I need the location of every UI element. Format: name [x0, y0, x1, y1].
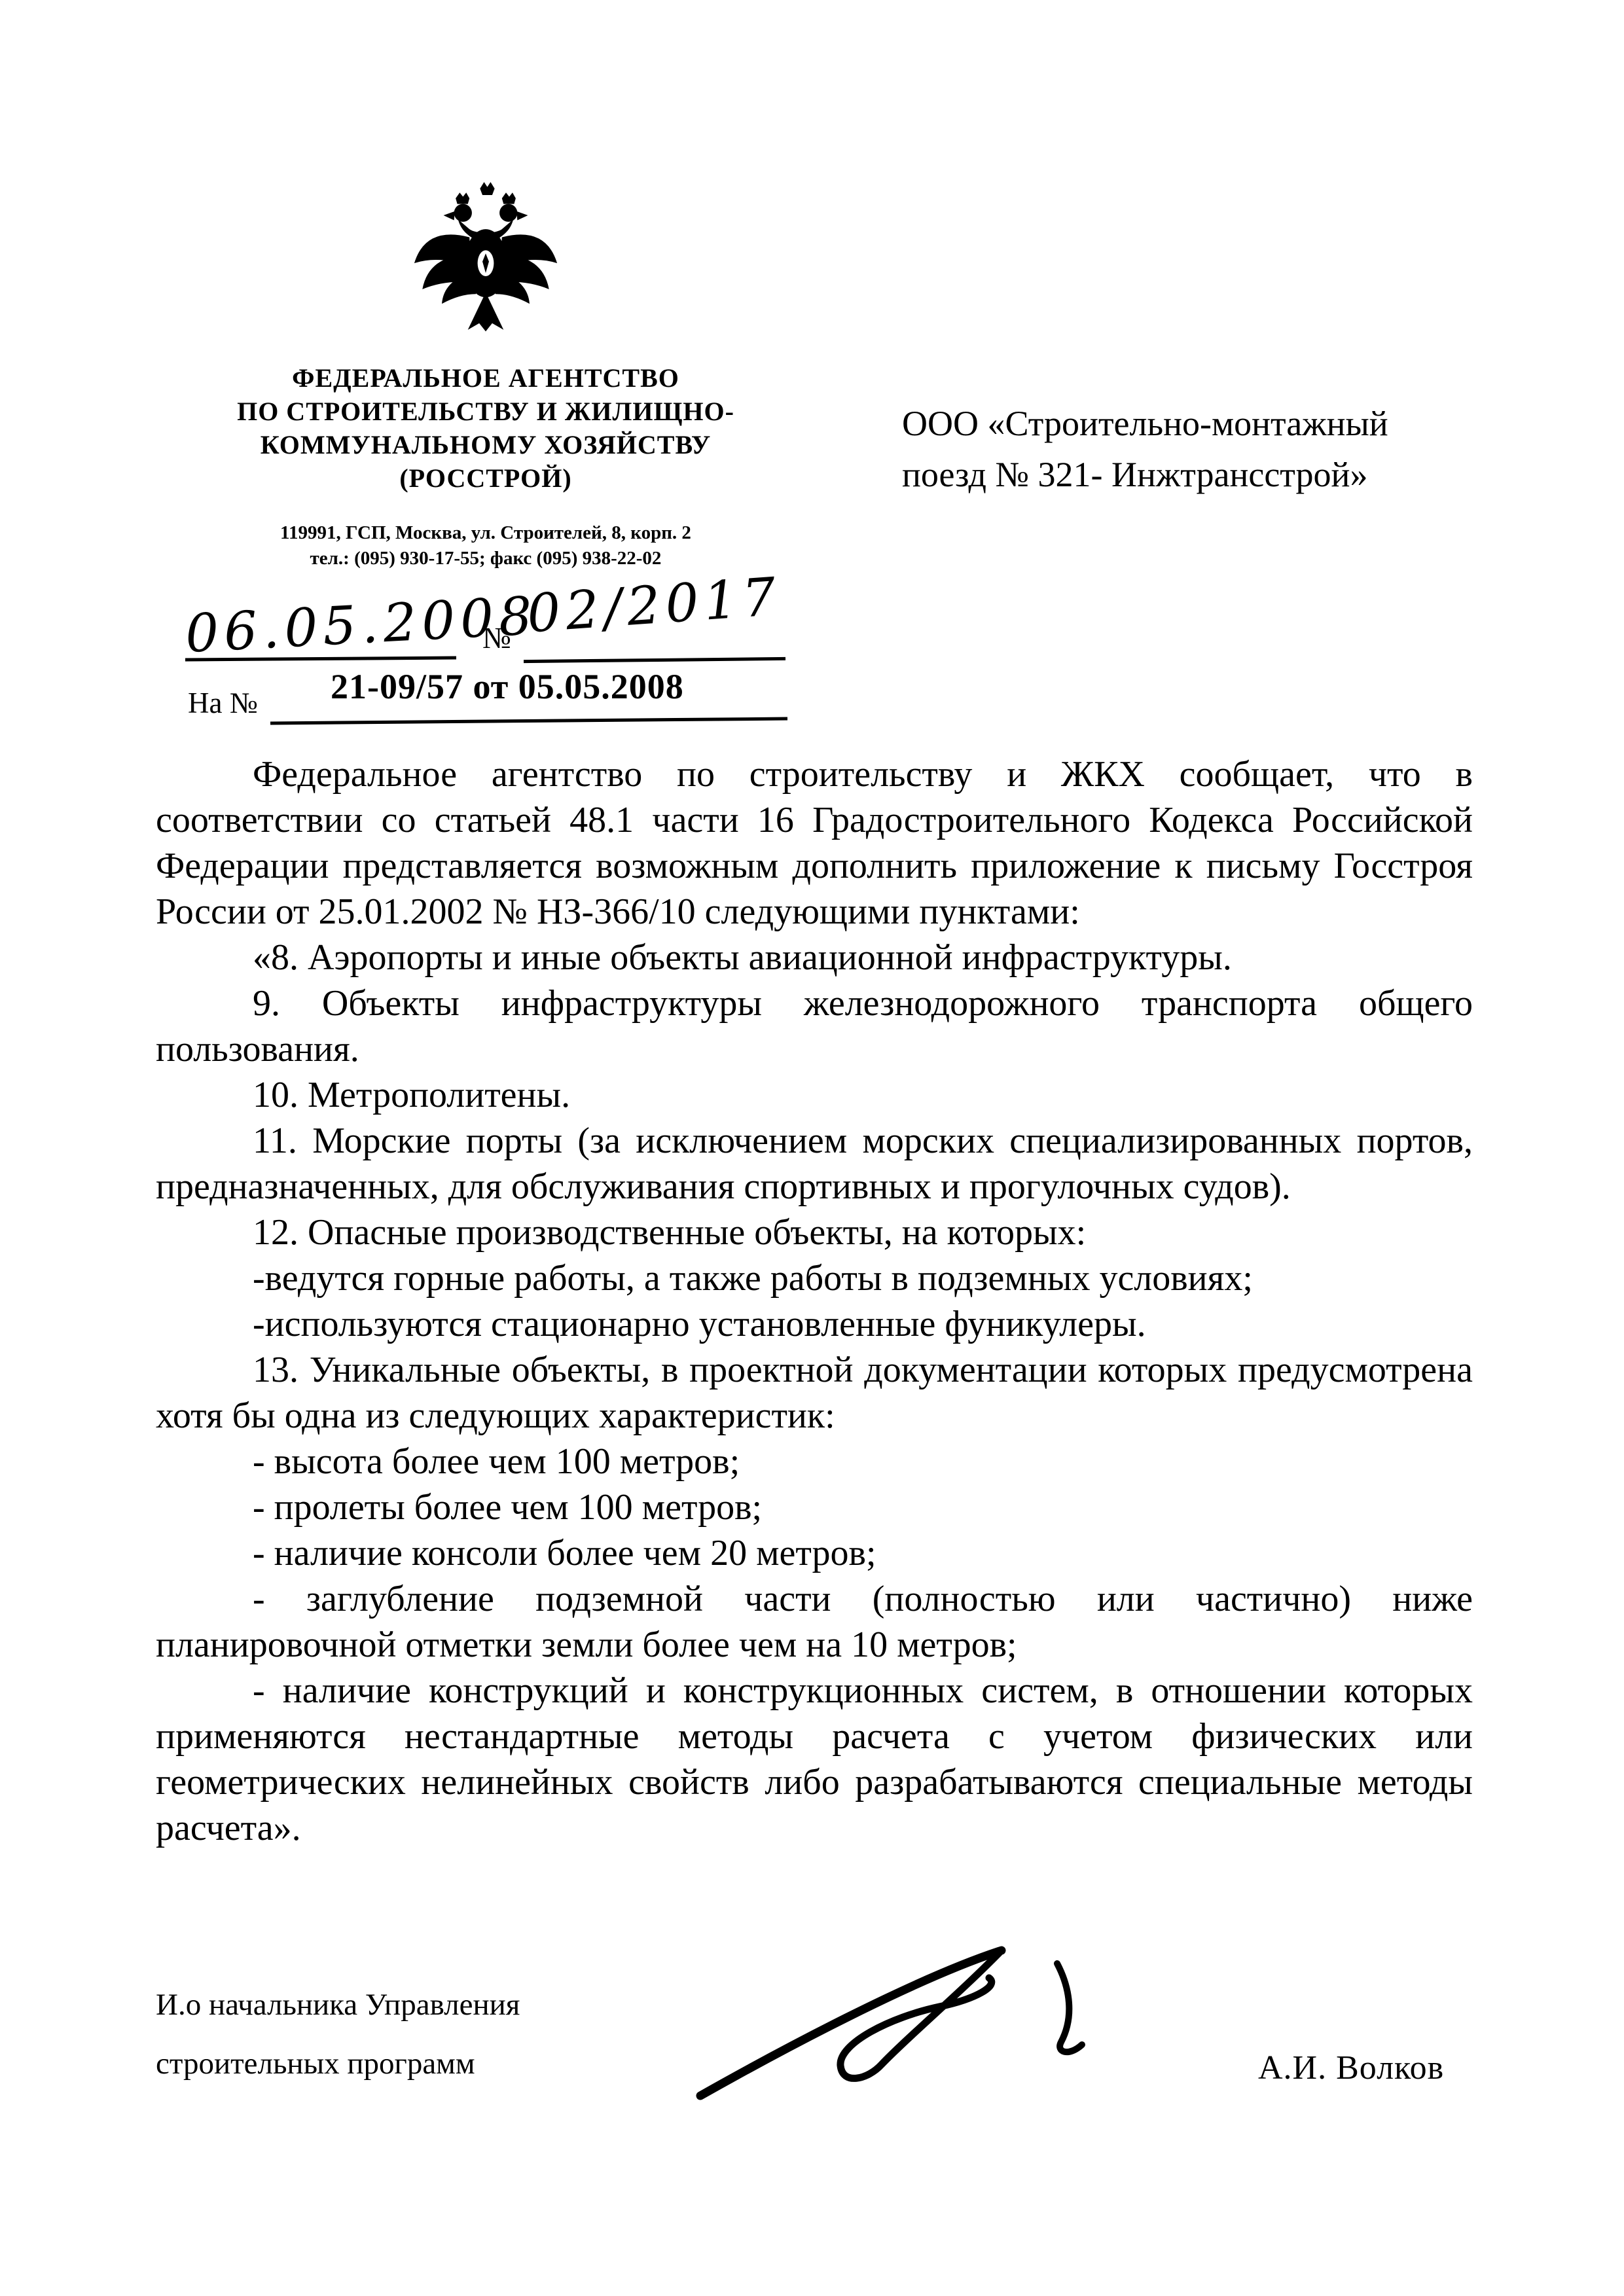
address-line: тел.: (095) 930-17-55; факс (095) 938-22… [196, 546, 775, 571]
recipient-block: ООО «Строительно-монтажный поезд № 321- … [902, 398, 1491, 500]
body-paragraph: - пролеты более чем 100 метров; [156, 1484, 1473, 1530]
recipient-line: ООО «Строительно-монтажный [902, 398, 1491, 449]
body-paragraph: - заглубление подземной части (полностью… [156, 1576, 1473, 1668]
recipient-line: поезд № 321- Инжтрансстрой» [902, 449, 1491, 500]
body-paragraph: «8. Аэропорты и иные объекты авиационной… [156, 935, 1473, 980]
body-paragraph: -ведутся горные работы, а также работы в… [156, 1255, 1473, 1301]
coat-of-arms-emblem [405, 178, 567, 334]
signer-name: А.И. Волков [1258, 2049, 1444, 2087]
scanned-letter-page: ФЕДЕРАЛЬНОЕ АГЕНТСТВО ПО СТРОИТЕЛЬСТВУ И… [0, 0, 1624, 2296]
letterhead-address: 119991, ГСП, Москва, ул. Строителей, 8, … [196, 520, 775, 571]
body-paragraph: - наличие конструкций и конструкционных … [156, 1668, 1473, 1851]
handwritten-outgoing-number: 02/2017 [525, 566, 783, 645]
letter-body: Федеральное агентство по строительству и… [156, 751, 1473, 1851]
handwritten-signature [691, 1939, 1168, 2109]
agency-line: (РОССТРОЙ) [216, 461, 755, 495]
agency-line: ФЕДЕРАЛЬНОЕ АГЕНТСТВО [216, 361, 755, 395]
body-paragraph: 13. Уникальные объекты, в проектной доку… [156, 1347, 1473, 1439]
address-line: 119991, ГСП, Москва, ул. Строителей, 8, … [196, 520, 775, 546]
body-paragraph: - наличие консоли более чем 20 метров; [156, 1530, 1473, 1576]
letterhead-agency-name: ФЕДЕРАЛЬНОЕ АГЕНТСТВО ПО СТРОИТЕЛЬСТВУ И… [216, 361, 755, 495]
body-paragraph: 12. Опасные производственные объекты, на… [156, 1210, 1473, 1255]
reply-underline [270, 717, 787, 725]
signer-position-line: И.о начальника Управления [156, 1975, 745, 2034]
signer-position: И.о начальника Управления строительных п… [156, 1975, 745, 2093]
agency-line: ПО СТРОИТЕЛЬСТВУ И ЖИЛИЩНО- [216, 395, 755, 428]
body-paragraph: 9. Объекты инфраструктуры железнодорожно… [156, 980, 1473, 1072]
body-paragraph: -используются стационарно установленные … [156, 1301, 1473, 1347]
number-underline [524, 657, 785, 663]
body-paragraph: - высота более чем 100 метров; [156, 1439, 1473, 1484]
reply-to-label: На № [188, 686, 258, 720]
agency-line: КОММУНАЛЬНОМУ ХОЗЯЙСТВУ [216, 428, 755, 461]
reply-to-reference: 21-09/57 от 05.05.2008 [331, 666, 684, 707]
body-paragraph: Федеральное агентство по строительству и… [156, 751, 1473, 935]
body-paragraph: 11. Морские порты (за исключением морски… [156, 1118, 1473, 1210]
number-sign-label: № [482, 620, 511, 655]
body-paragraph: 10. Метрополитены. [156, 1072, 1473, 1118]
signer-position-line: строительных программ [156, 2034, 745, 2093]
